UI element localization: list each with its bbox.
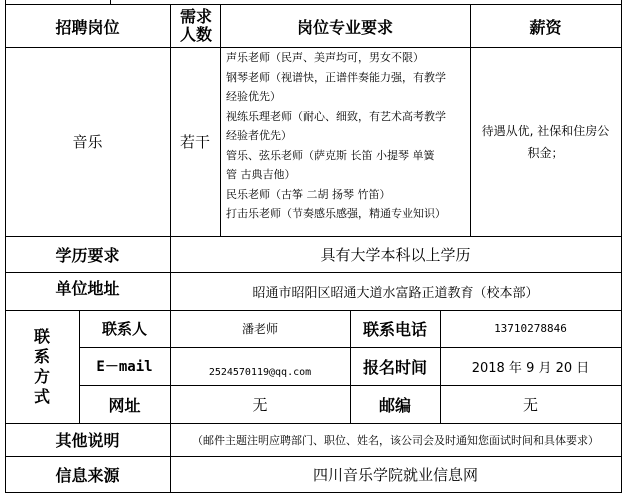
divider [621,0,622,493]
job-requirements: 声乐老师（民声、美声均可，男女不限） 钢琴老师（视谱快，正谱伴奏能力强，有教学 … [226,48,470,224]
requirement-line: 声乐老师（民声、美声均可，男女不限） [226,48,470,68]
source-value: 四川音乐学院就业信息网 [170,456,621,492]
requirement-line: 管 古典吉他） [226,165,470,185]
contact-postcode-label: 邮编 [350,385,440,423]
requirement-line: 管乐、弦乐老师（萨克斯 长笛 小提琴 单簧 [226,146,470,166]
contact-char: 式 [34,387,50,407]
requirement-line: 打击乐老师（节奏感乐感强，精通专业知识） [226,204,470,224]
salary-line: 积金； [527,142,563,164]
contact-postcode-value: 无 [440,385,621,423]
requirement-line: 经验优先） [226,87,470,107]
job-position: 音乐 [5,47,170,236]
notes-value: （邮件主题注明应聘部门、职位、姓名，该公司会及时通知您面试时间和具体要求） [170,423,621,456]
header-count: 需求人数 [180,5,212,47]
address-label: 单位地址 [5,272,170,310]
contact-char: 联 [34,327,50,347]
education-value: 具有大学本科以上学历 [170,236,621,272]
contact-phone-value: 13710278846 [440,310,621,347]
education-label: 学历要求 [5,236,170,272]
contact-date-value: 2018 年 9 月 20 日 [440,347,621,385]
requirement-line: 钢琴老师（视谱快，正谱伴奏能力强，有教学 [226,68,470,88]
contact-char: 系 [34,347,50,367]
contact-website-label: 网址 [79,385,170,423]
requirement-line: 视练乐理老师（耐心、细致，有艺术高考教学 [226,107,470,127]
header-salary: 薪资 [470,5,621,47]
requirement-line: 经验者优先） [226,126,470,146]
contact-person-label: 联系人 [79,310,170,347]
job-salary: 待遇从优, 社保和住房公 积金； [470,47,621,236]
divider [5,492,622,493]
source-label: 信息来源 [5,456,170,492]
contact-char: 方 [34,367,50,387]
address-value: 昭通市昭阳区昭通大道水富路正道教育（校本部） [170,272,621,310]
contact-person-value: 潘老师 [170,310,350,347]
contact-email-label: E－mail [79,347,170,385]
contact-phone-label: 联系电话 [350,310,440,347]
contact-group-label: 联 系 方 式 [5,310,79,423]
salary-line: 待遇从优, 社保和住房公 [482,120,610,142]
header-position: 招聘岗位 [5,5,170,47]
job-count: 若干 [170,47,220,236]
contact-date-label: 报名时间 [350,347,440,385]
header-requirements: 岗位专业要求 [220,5,470,47]
requirement-line: 民乐老师（古筝 二胡 扬琴 竹笛） [226,185,470,205]
contact-email-value[interactable]: 2524570119@qq.com [170,347,350,385]
contact-website-value: 无 [170,385,350,423]
notes-label: 其他说明 [5,423,170,456]
